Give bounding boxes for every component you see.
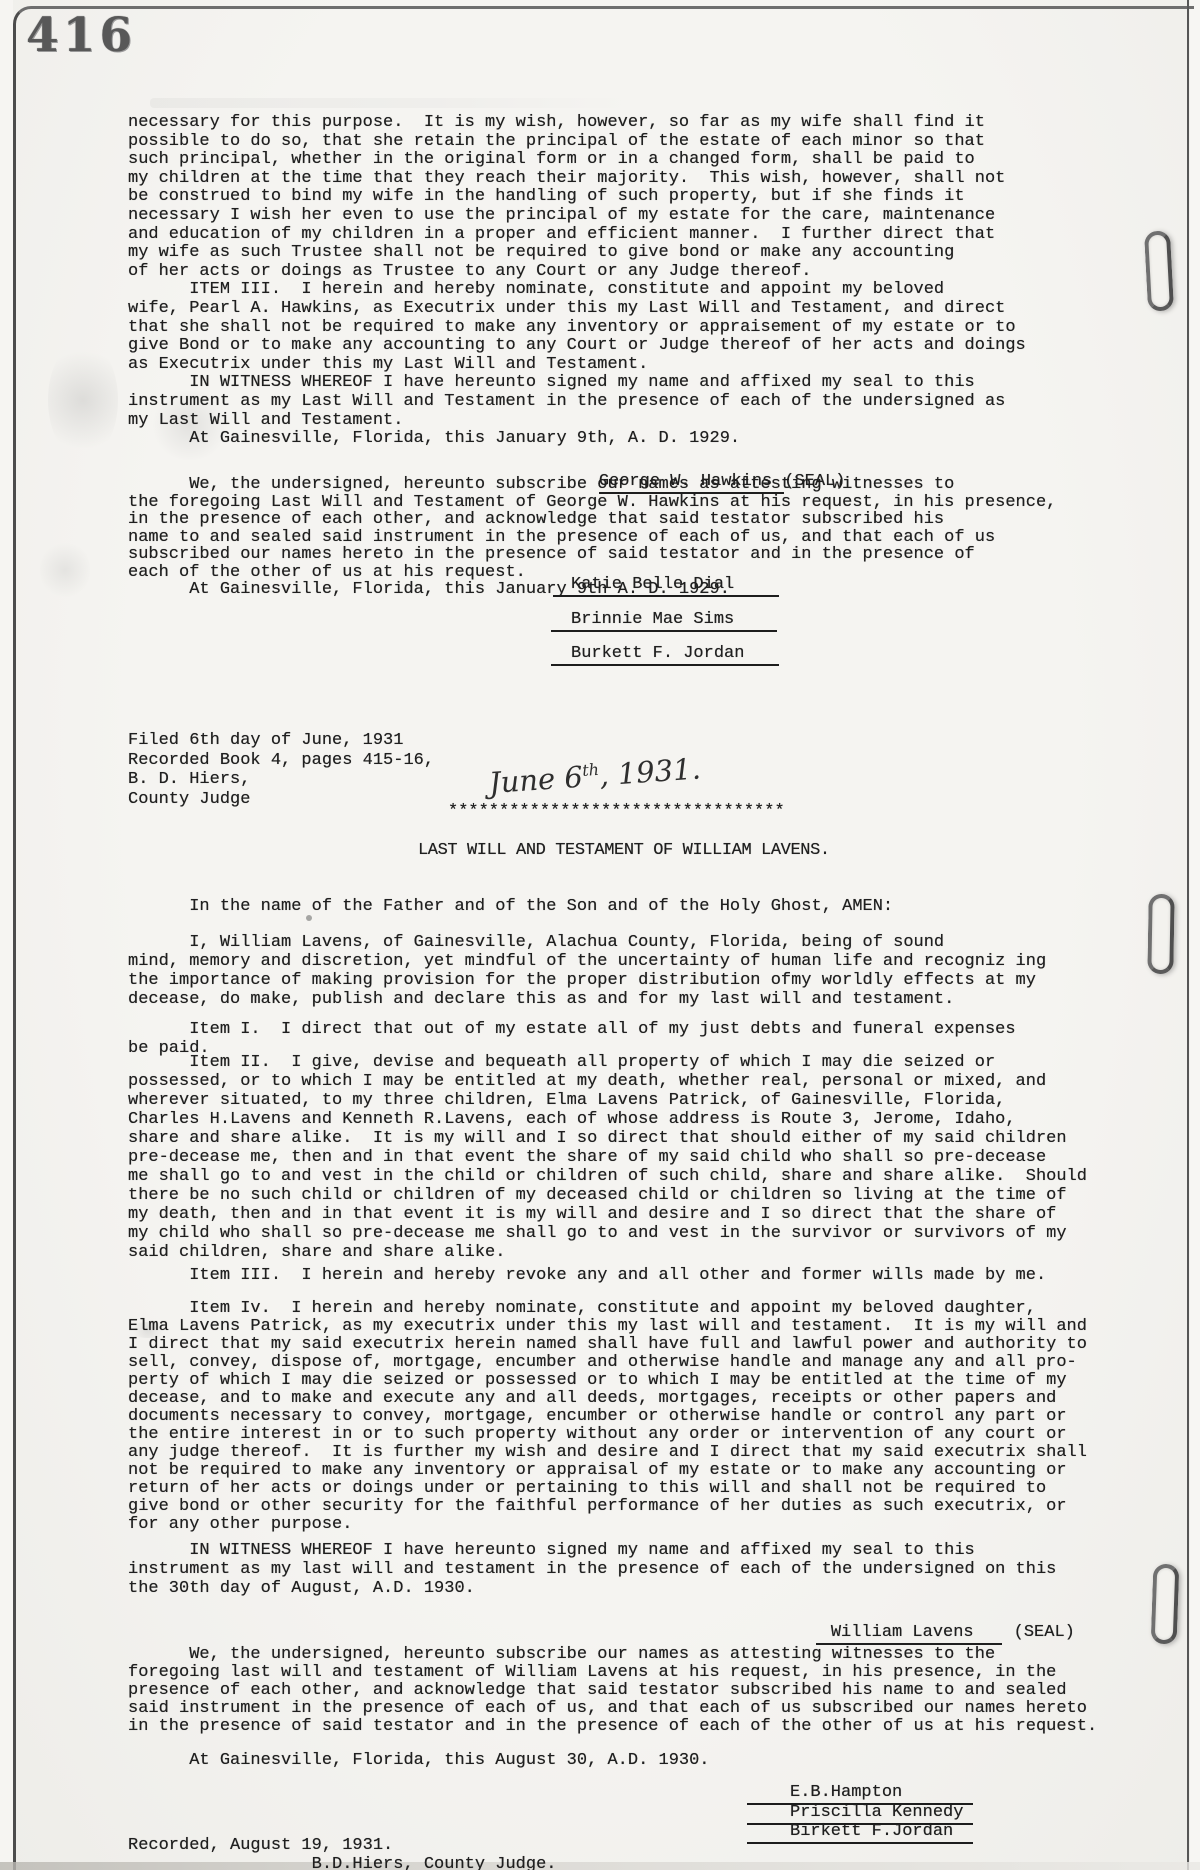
lavens-witness-clause: IN WITNESS WHEREOF I have hereunto signe…: [128, 1541, 1056, 1598]
ink-smudge: [48, 340, 118, 460]
scan-right-margin: [1190, 0, 1200, 1870]
binding-slot-icon: [1147, 894, 1174, 974]
lavens-item-2: Item II. I give, devise and bequeath all…: [128, 1053, 1087, 1262]
witness-signature: Birkett F.Jordan: [747, 1822, 973, 1844]
binding-slot-icon: [1144, 230, 1174, 311]
asterisk-divider: *********************************: [448, 802, 785, 821]
lavens-opening-paragraph: I, William Lavens, of Gainesville, Alach…: [128, 933, 1046, 1009]
testator-name: William Lavens: [816, 1623, 1002, 1645]
lavens-dateline: At Gainesville, Florida, this August 30,…: [128, 1751, 710, 1770]
hawkins-will-body: necessary for this purpose. It is my wis…: [128, 114, 1026, 449]
page-right-edge-line: [1187, 0, 1189, 1870]
lavens-item-3: Item III. I herein and hereby revoke any…: [128, 1266, 1046, 1285]
page-number: 416: [26, 12, 136, 59]
recorded-block: Recorded, August 19, 1931. B.D.Hiers, Co…: [128, 1836, 556, 1870]
scan-left-margin: [0, 0, 13, 1870]
ink-smudge: [40, 540, 90, 600]
scanned-will-record-page: 416 necessary for this purpose. It is my…: [0, 0, 1200, 1870]
ink-smudge: [150, 98, 630, 108]
handwritten-date-year: , 1931.: [598, 751, 702, 792]
lavens-invocation: In the name of the Father and of the Son…: [128, 897, 893, 916]
filing-block: Filed 6th day of June, 1931 Recorded Boo…: [128, 731, 434, 809]
seal-label: (SEAL): [1014, 1623, 1075, 1642]
lavens-will-title: LAST WILL AND TESTAMENT OF WILLIAM LAVEN…: [418, 841, 830, 860]
lavens-attestation-paragraph: We, the undersigned, hereunto subscribe …: [128, 1646, 1097, 1736]
witness-signature: Katie Belle Dial: [553, 575, 779, 597]
witness-signature: Brinnie Mae Sims: [551, 610, 777, 632]
binding-slot-icon: [1151, 1564, 1180, 1645]
witness-signature: E.B.Hampton: [747, 1783, 973, 1805]
lavens-item-4: Item Iv. I herein and hereby nominate, c…: [128, 1300, 1087, 1534]
handwritten-date-ordinal: th: [582, 760, 600, 780]
witness-signature: Burkett F. Jordan: [551, 644, 779, 666]
handwritten-date-day: June 6: [488, 760, 584, 800]
